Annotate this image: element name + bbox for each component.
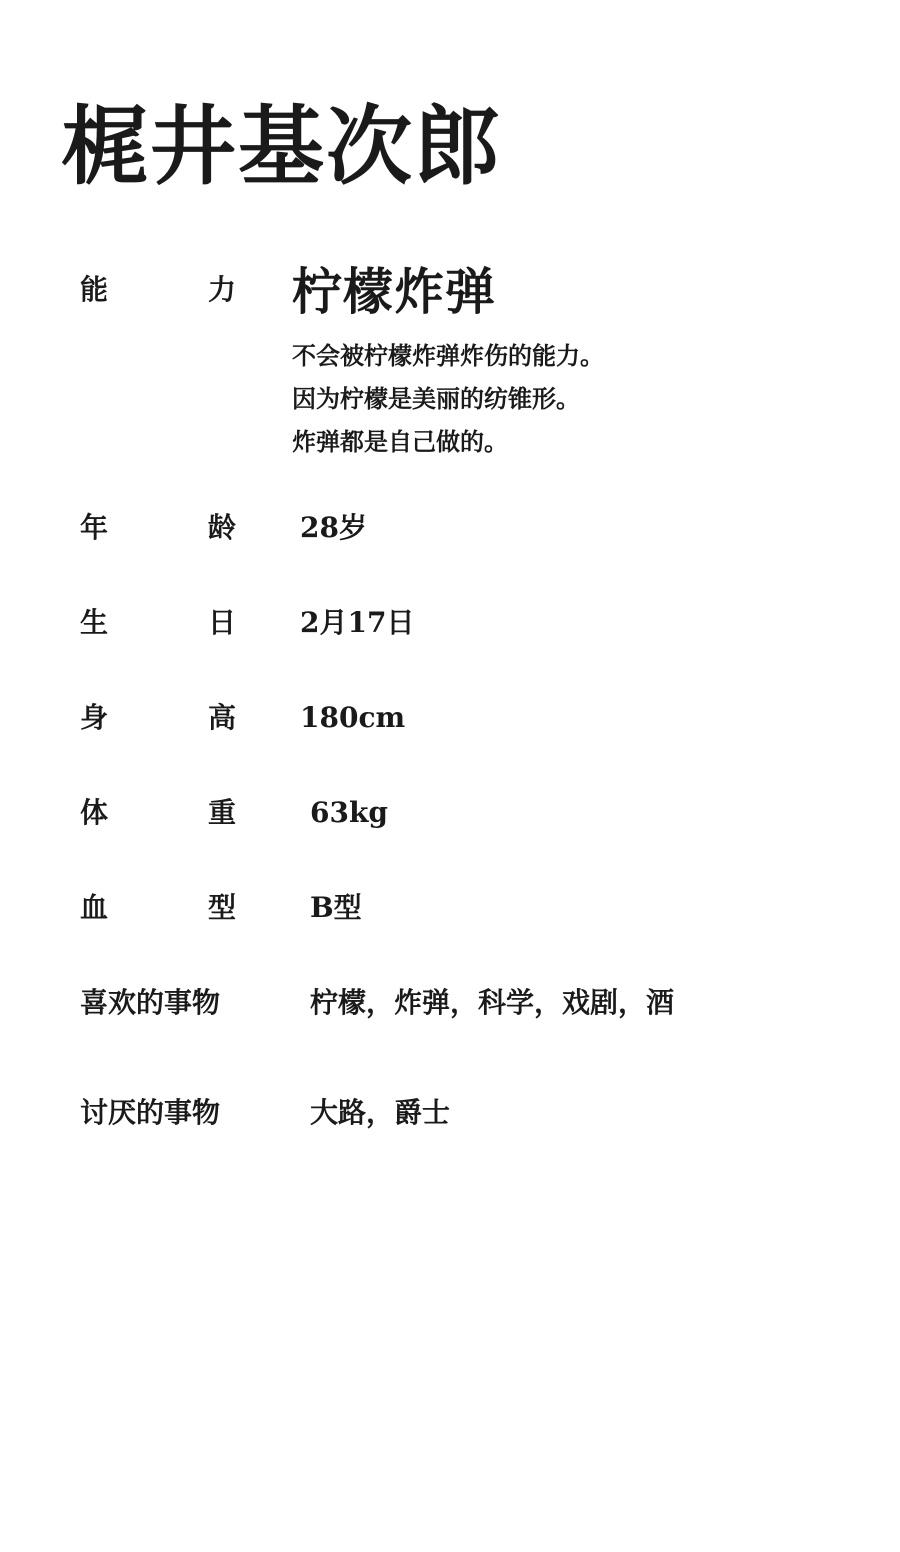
- dislikes-value: 大路，爵士: [310, 1093, 450, 1133]
- ability-label-right: 力: [208, 270, 236, 310]
- profile-row-dislikes: 讨厌的事物 大路，爵士: [80, 1093, 840, 1133]
- age-value: 28岁: [300, 508, 367, 548]
- ability-name: 柠檬炸弹: [292, 262, 496, 322]
- likes-value: 柠檬，炸弹，科学，戏剧，酒: [310, 983, 674, 1023]
- weight-label-right: 重: [208, 793, 236, 833]
- profile-row-age: 年 龄 28岁: [80, 508, 840, 548]
- height-value: 180cm: [300, 698, 405, 738]
- profile-row-weight: 体 重 63kg: [80, 793, 840, 833]
- birthday-label-left: 生: [80, 603, 108, 643]
- ability-label: 能 力: [80, 270, 236, 310]
- weight-label-left: 体: [80, 793, 108, 833]
- profile-row-height: 身 高 180cm: [80, 698, 840, 738]
- age-label: 年 龄: [80, 508, 236, 548]
- birthday-label-right: 日: [208, 603, 236, 643]
- weight-label: 体 重: [80, 793, 236, 833]
- height-label-left: 身: [80, 698, 108, 738]
- height-label: 身 高: [80, 698, 236, 738]
- weight-value: 63kg: [310, 793, 388, 833]
- ability-label-left: 能: [80, 270, 108, 310]
- height-label-right: 高: [208, 698, 236, 738]
- birthday-value: 2月17日: [300, 603, 414, 643]
- ability-description-line: 因为柠檬是美丽的纺锥形。: [292, 377, 604, 420]
- blood-type-label: 血 型: [80, 888, 236, 928]
- blood-type-value: B型: [310, 888, 362, 928]
- ability-description-line: 炸弹都是自己做的。: [292, 420, 604, 463]
- ability-description: 不会被柠檬炸弹炸伤的能力。 因为柠檬是美丽的纺锥形。 炸弹都是自己做的。: [292, 334, 604, 463]
- age-label-left: 年: [80, 508, 108, 548]
- profile-row-blood-type: 血 型 B型: [80, 888, 840, 928]
- dislikes-label: 讨厌的事物: [80, 1093, 220, 1133]
- blood-type-label-right: 型: [208, 888, 236, 928]
- likes-label: 喜欢的事物: [80, 983, 220, 1023]
- profile-row-birthday: 生 日 2月17日: [80, 603, 840, 643]
- birthday-label: 生 日: [80, 603, 236, 643]
- profile-row-likes: 喜欢的事物 柠檬，炸弹，科学，戏剧，酒: [80, 983, 840, 1023]
- ability-description-line: 不会被柠檬炸弹炸伤的能力。: [292, 334, 604, 377]
- character-name: 梶井基次郎: [62, 100, 502, 195]
- blood-type-label-left: 血: [80, 888, 108, 928]
- age-label-right: 龄: [208, 508, 236, 548]
